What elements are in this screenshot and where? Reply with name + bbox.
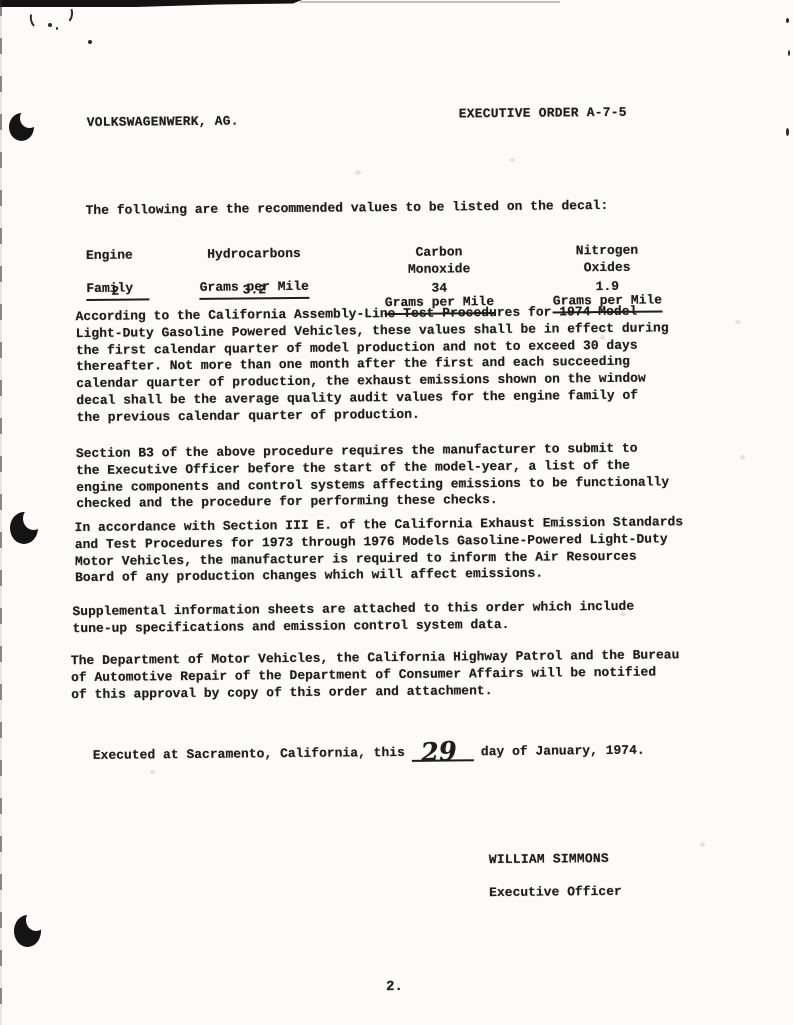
paragraph-notification: The Department of Motor Vehicles, the Ca… [71,647,680,703]
paragraph-section-iii-e: In accordance with Section III E. of the… [75,514,684,587]
execution-prefix: Executed at Sacramento, California, this [93,745,405,765]
column-title: Nitrogen Oxides [576,242,639,274]
value-nitrogen-oxides: 1.9 [551,278,663,296]
table-column-nitrogen-oxides: Nitrogen Oxides Grams per Mile [551,225,664,313]
handwritten-day-field: 29 [412,735,474,762]
paragraph-section-b3: Section B3 of the above procedure requir… [76,440,670,513]
column-title: Carbon Monoxide [408,244,471,276]
handwritten-day-value: 29 [420,739,458,767]
value-engine-family: 2 [86,283,144,300]
signatory-title: Executive Officer [489,884,622,900]
document-content: VOLKSWAGENWERK, AG. EXECUTIVE ORDER A-7-… [0,0,794,1025]
scanned-document-page: VOLKSWAGENWERK, AG. EXECUTIVE ORDER A-7-… [0,0,794,1025]
value-carbon-monoxide: 34 [383,280,495,298]
executive-order-title: EXECUTIVE ORDER A-7-5 [459,105,627,123]
column-title: Engine [86,247,133,262]
manufacturer-name: VOLKSWAGENWERK, AG. [87,114,239,132]
signatory-name: WILLIAM SIMMONS [489,851,609,867]
paragraph-supplemental-sheets: Supplemental information sheets are atta… [72,599,634,638]
signature-block: WILLIAM SIMMONS Executive Officer [489,834,622,902]
value-hydrocarbons: 3.2 [198,282,310,300]
intro-line: The following are the recommended values… [86,198,609,220]
paragraph-assembly-line-procedures: According to the California Assembly-Lin… [76,303,670,426]
page-number: 2. [386,979,403,996]
column-title: Hydrocarbons [207,246,301,262]
execution-suffix: day of January, 1974. [481,743,645,761]
execution-line: Executed at Sacramento, California, this… [93,734,645,765]
table-column-carbon-monoxide: Carbon Monoxide Grams per Mile [383,227,496,315]
